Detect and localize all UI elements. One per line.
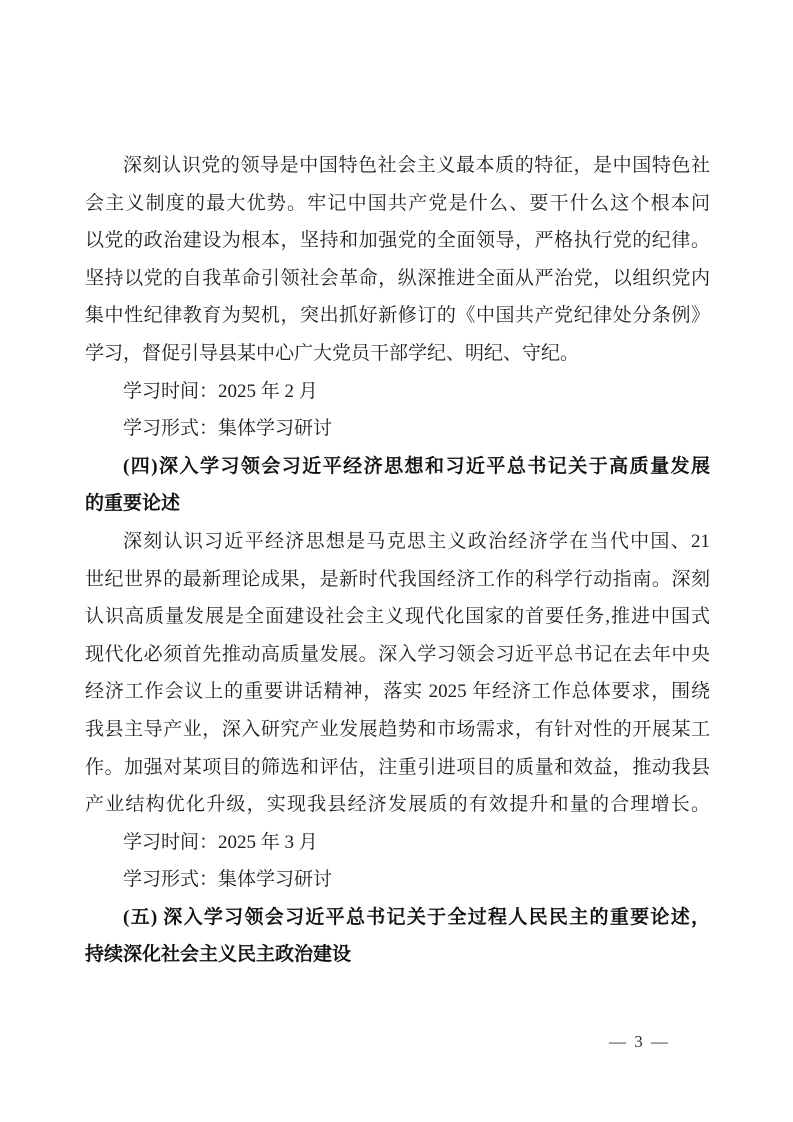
text-line: 会主义制度的最大优势。牢记中国共产党是什么、要干什么这个根本问题，: [85, 185, 710, 223]
section-heading-continued: 持续深化社会主义民主政治建设: [85, 936, 710, 974]
text-line: 认识高质量发展是全面建设社会主义现代化国家的首要任务,推进中国式: [85, 598, 710, 636]
text-line: 我县主导产业，深入研究产业发展趋势和市场需求，有针对性的开展某工: [85, 711, 710, 749]
text-line: 集中性纪律教育为契机，突出抓好新修订的《中国共产党纪律处分条例》: [85, 297, 710, 335]
study-format-line: 学习形式：集体学习研讨: [85, 410, 710, 448]
text-line: 经济工作会议上的重要讲话精神，落实 2025 年经济工作总体要求，围绕: [85, 673, 710, 711]
text-line: 产业结构优化升级，实现我县经济发展质的有效提升和量的合理增长。: [85, 786, 710, 824]
study-format-line: 学习形式：集体学习研讨: [85, 861, 710, 899]
section-heading-continued: 的重要论述: [85, 485, 710, 523]
text-line: 现代化必须首先推动高质量发展。深入学习领会习近平总书记在去年中央: [85, 636, 710, 674]
text-line: 深刻认识党的领导是中国特色社会主义最本质的特征，是中国特色社: [85, 147, 710, 185]
text-line: 坚持以党的自我革命引领社会革命，纵深推进全面从严治党，以组织党内: [85, 260, 710, 298]
section-heading: (四)深入学习领会习近平经济思想和习近平总书记关于高质量发展: [85, 448, 710, 486]
study-time-line: 学习时间：2025 年 2 月: [85, 373, 710, 411]
document-body: 深刻认识党的领导是中国特色社会主义最本质的特征，是中国特色社 会主义制度的最大优…: [85, 147, 710, 974]
text-line: 学习，督促引导县某中心广大党员干部学纪、明纪、守纪。: [85, 335, 710, 373]
text-line: 深刻认识习近平经济思想是马克思主义政治经济学在当代中国、21: [85, 523, 710, 561]
document-page: 深刻认识党的领导是中国特色社会主义最本质的特征，是中国特色社 会主义制度的最大优…: [0, 0, 793, 1122]
text-line: 作。加强对某项目的筛选和评估，注重引进项目的质量和效益，推动我县: [85, 749, 710, 787]
text-line: 世纪世界的最新理论成果，是新时代我国经济工作的科学行动指南。深刻: [85, 561, 710, 599]
page-number: — 3 —: [609, 1031, 670, 1053]
text-line: 以党的政治建设为根本，坚持和加强党的全面领导，严格执行党的纪律。: [85, 222, 710, 260]
study-time-line: 学习时间：2025 年 3 月: [85, 824, 710, 862]
section-heading: (五) 深入学习领会习近平总书记关于全过程人民民主的重要论述，: [85, 899, 710, 937]
